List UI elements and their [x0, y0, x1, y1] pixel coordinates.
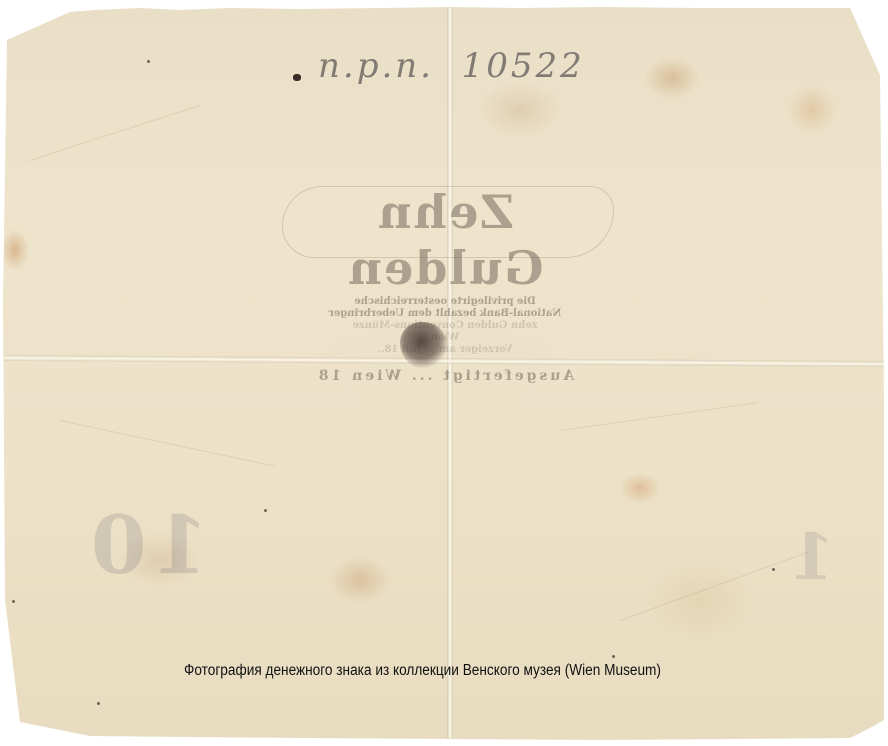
mirrored-line: Die privilegirte oesterreichische: [275, 296, 615, 308]
speck: [12, 600, 15, 603]
ghost-numeral-right: 1: [790, 520, 835, 595]
speck: [264, 509, 267, 512]
photo-caption: Фотография денежного знака из коллекции …: [184, 662, 661, 680]
speck: [612, 655, 615, 658]
mirrored-bottom-line: Ausgefertigt ... Wien 18: [275, 368, 615, 384]
mirrored-bleed-through-print: Zehn Gulden Die privilegirte oesterreich…: [275, 180, 615, 350]
mirrored-line: zehn Gulden Conventions-Münze: [275, 320, 615, 332]
handwritten-annotation: n.p.n. 10522: [318, 46, 585, 86]
speck: [772, 568, 775, 571]
speck: [97, 702, 100, 705]
mirrored-title: Zehn Gulden: [275, 184, 615, 296]
banknote-photo: n.p.n. 10522 Zehn Gulden Die privilegirt…: [0, 0, 888, 746]
ink-dot: [293, 74, 301, 81]
mirrored-line: National-Bank bezahlt dem Ueberbringer: [275, 308, 615, 320]
speck: [147, 60, 150, 63]
ghost-numeral-left: 10: [85, 498, 208, 592]
